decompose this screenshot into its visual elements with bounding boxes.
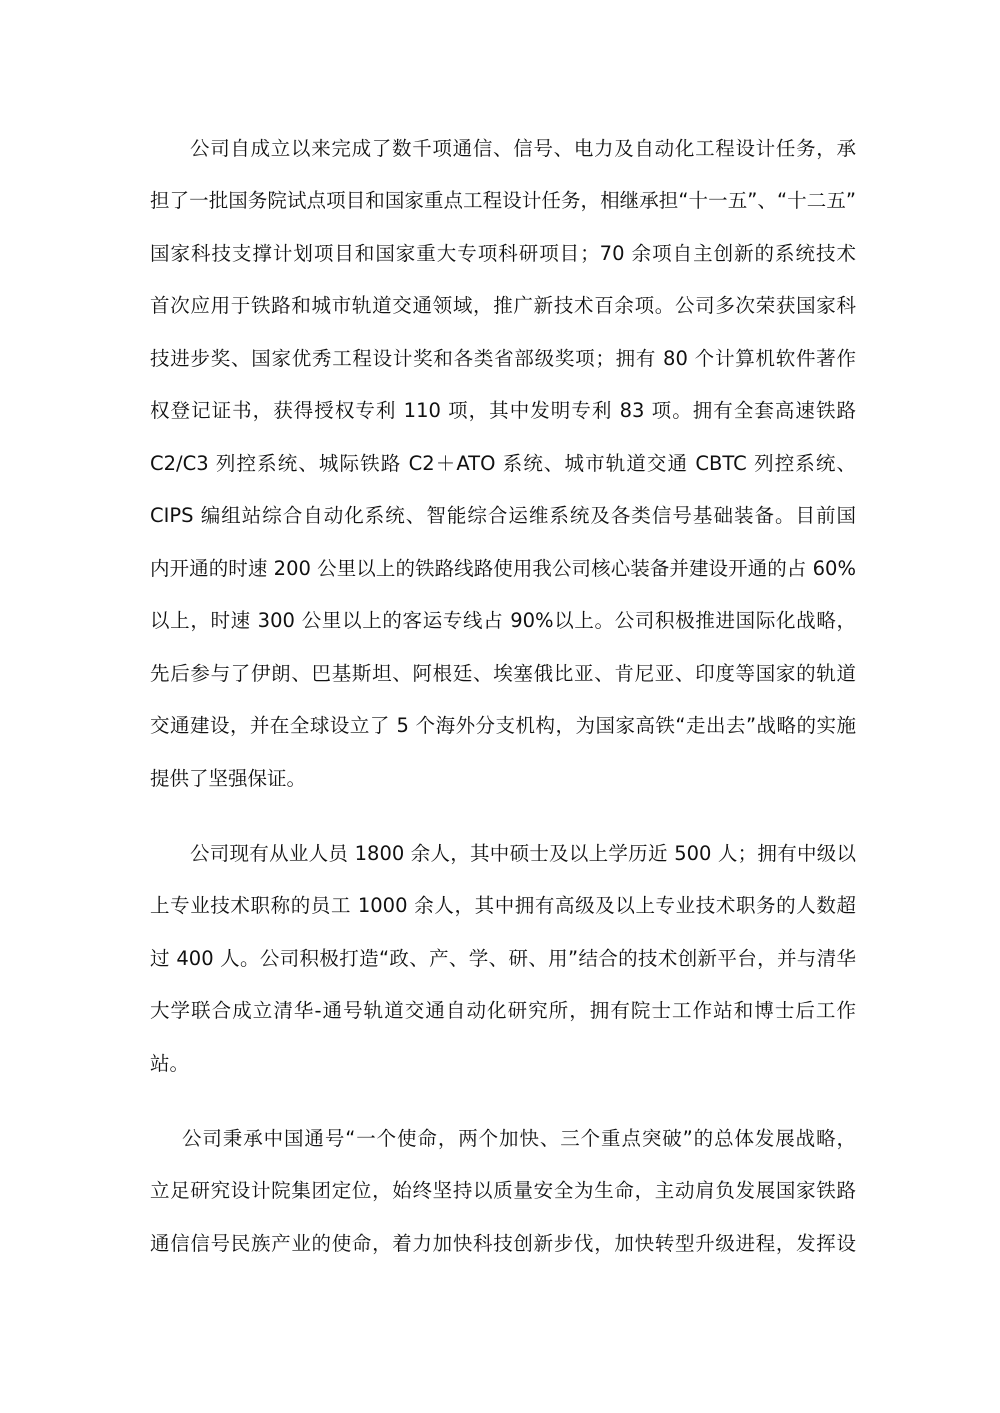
text-line: 国家科技支撑计划项目和国家重大专项科研项目；70 余项自主创新的系统技术 (150, 239, 856, 269)
text-line: 担了一批国务院试点项目和国家重点工程设计任务，相继承担“十一五”、“十二五” (150, 186, 856, 216)
text-line: 站。 (150, 1049, 856, 1079)
text-line: 公司现有从业人员 1800 余人，其中硕士及以上学历近 500 人；拥有中级以 (190, 839, 856, 869)
text-line: 以上，时速 300 公里以上的客运专线占 90%以上。公司积极推进国际化战略， (150, 606, 856, 636)
text-line: 立足研究设计院集团定位，始终坚持以质量安全为生命，主动肩负发展国家铁路 (150, 1176, 856, 1206)
text-line: 内开通的时速 200 公里以上的铁路线路使用我公司核心装备并建设开通的占 60% (150, 554, 856, 584)
text-line: 公司秉承中国通号“一个使命，两个加快、三个重点突破”的总体发展战略， (182, 1124, 856, 1154)
text-line: 通信信号民族产业的使命，着力加快科技创新步伐，加快转型升级进程，发挥设 (150, 1229, 856, 1259)
text-line: 公司自成立以来完成了数千项通信、信号、电力及自动化工程设计任务，承 (190, 134, 856, 164)
text-line: C2/C3 列控系统、城际铁路 C2＋ATO 系统、城市轨道交通 CBTC 列控… (150, 449, 856, 479)
text-line: 先后参与了伊朗、巴基斯坦、阿根廷、埃塞俄比亚、肯尼亚、印度等国家的轨道 (150, 659, 856, 689)
text-line: 权登记证书，获得授权专利 110 项，其中发明专利 83 项。拥有全套高速铁路 (150, 396, 856, 426)
text-line: 提供了坚强保证。 (150, 764, 856, 794)
text-line: 技进步奖、国家优秀工程设计奖和各类省部级奖项；拥有 80 个计算机软件著作 (150, 344, 856, 374)
text-line: 过 400 人。公司积极打造“政、产、学、研、用”结合的技术创新平台，并与清华 (150, 944, 856, 974)
text-line: 大学联合成立清华-通号轨道交通自动化研究所，拥有院士工作站和博士后工作 (150, 996, 856, 1026)
text-line: 上专业技术职称的员工 1000 余人，其中拥有高级及以上专业技术职务的人数超 (150, 891, 856, 921)
text-line: 首次应用于铁路和城市轨道交通领域，推广新技术百余项。公司多次荣获国家科 (150, 291, 856, 321)
text-line: CIPS 编组站综合自动化系统、智能综合运维系统及各类信号基础装备。目前国 (150, 501, 856, 531)
document-page: 公司自成立以来完成了数千项通信、信号、电力及自动化工程设计任务，承 担了一批国务… (0, 0, 1000, 1413)
text-line: 交通建设，并在全球设立了 5 个海外分支机构，为国家高铁“走出去”战略的实施 (150, 711, 856, 741)
